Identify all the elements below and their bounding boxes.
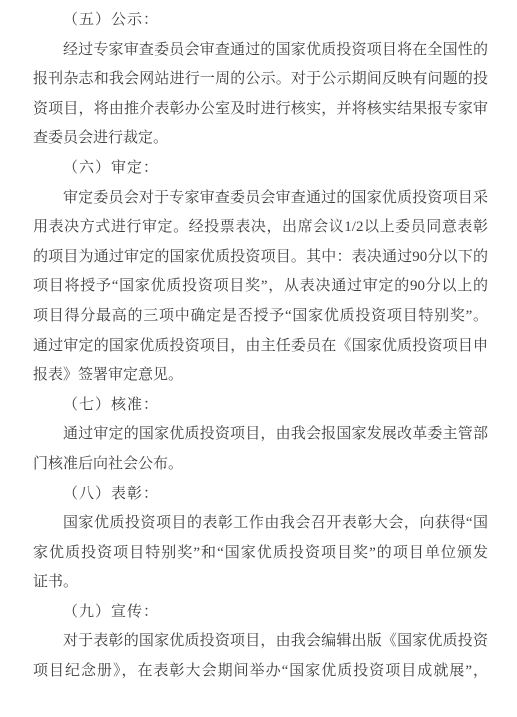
section-heading-6: （六）审定：	[33, 154, 488, 184]
text-line: 资项目，将由推介表彰办公室及时进行核实，并将核实结果报专家审	[33, 95, 488, 125]
text-line: 项目将授予“国家优质投资项目奖”，从表决通过审定的90分以上的	[33, 272, 488, 302]
text-line: 国家优质投资项目的表彰工作由我会召开表彰大会，向获得“国	[33, 509, 488, 539]
text-line: 家优质投资项目特别奖”和“国家优质投资项目奖”的项目单位颁发	[33, 539, 488, 569]
document-page: （五）公示： 经过专家审查委员会审查通过的国家优质投资项目将在全国性的 报刊杂志…	[0, 0, 517, 717]
text-line: 用表决方式进行审定。经投票表决，出席会议1/2以上委员同意表彰	[33, 213, 488, 243]
text-line: 审定委员会对于专家审查委员会审查通过的国家优质投资项目采	[33, 184, 488, 214]
text-line: 证书。	[33, 568, 488, 598]
text-line: 报表》签署审定意见。	[33, 361, 488, 391]
text-line: 的项目为通过审定的国家优质投资项目。其中：表决通过90分以下的	[33, 243, 488, 273]
section-heading-5: （五）公示：	[33, 6, 488, 36]
text-line: 项目纪念册》，在表彰大会期间举办“国家优质投资项目成就展”，	[33, 657, 488, 687]
text-line: 查委员会进行裁定。	[33, 124, 488, 154]
text-line: 通过审定的国家优质投资项目，由主任委员在《国家优质投资项目申	[33, 332, 488, 362]
text-line: 对于表彰的国家优质投资项目，由我会编辑出版《国家优质投资	[33, 627, 488, 657]
text-line: 报刊杂志和我会网站进行一周的公示。对于公示期间反映有问题的投	[33, 65, 488, 95]
section-heading-8: （八）表彰：	[33, 480, 488, 510]
text-line: 通过审定的国家优质投资项目，由我会报国家发展改革委主管部	[33, 420, 488, 450]
text-line: 经过专家审查委员会审查通过的国家优质投资项目将在全国性的	[33, 36, 488, 66]
text-line: 项目得分最高的三项中确定是否授予“国家优质投资项目特别奖”。	[33, 302, 488, 332]
text-line: 门核准后向社会公布。	[33, 450, 488, 480]
section-heading-9: （九）宣传：	[33, 598, 488, 628]
section-heading-7: （七）核准：	[33, 391, 488, 421]
